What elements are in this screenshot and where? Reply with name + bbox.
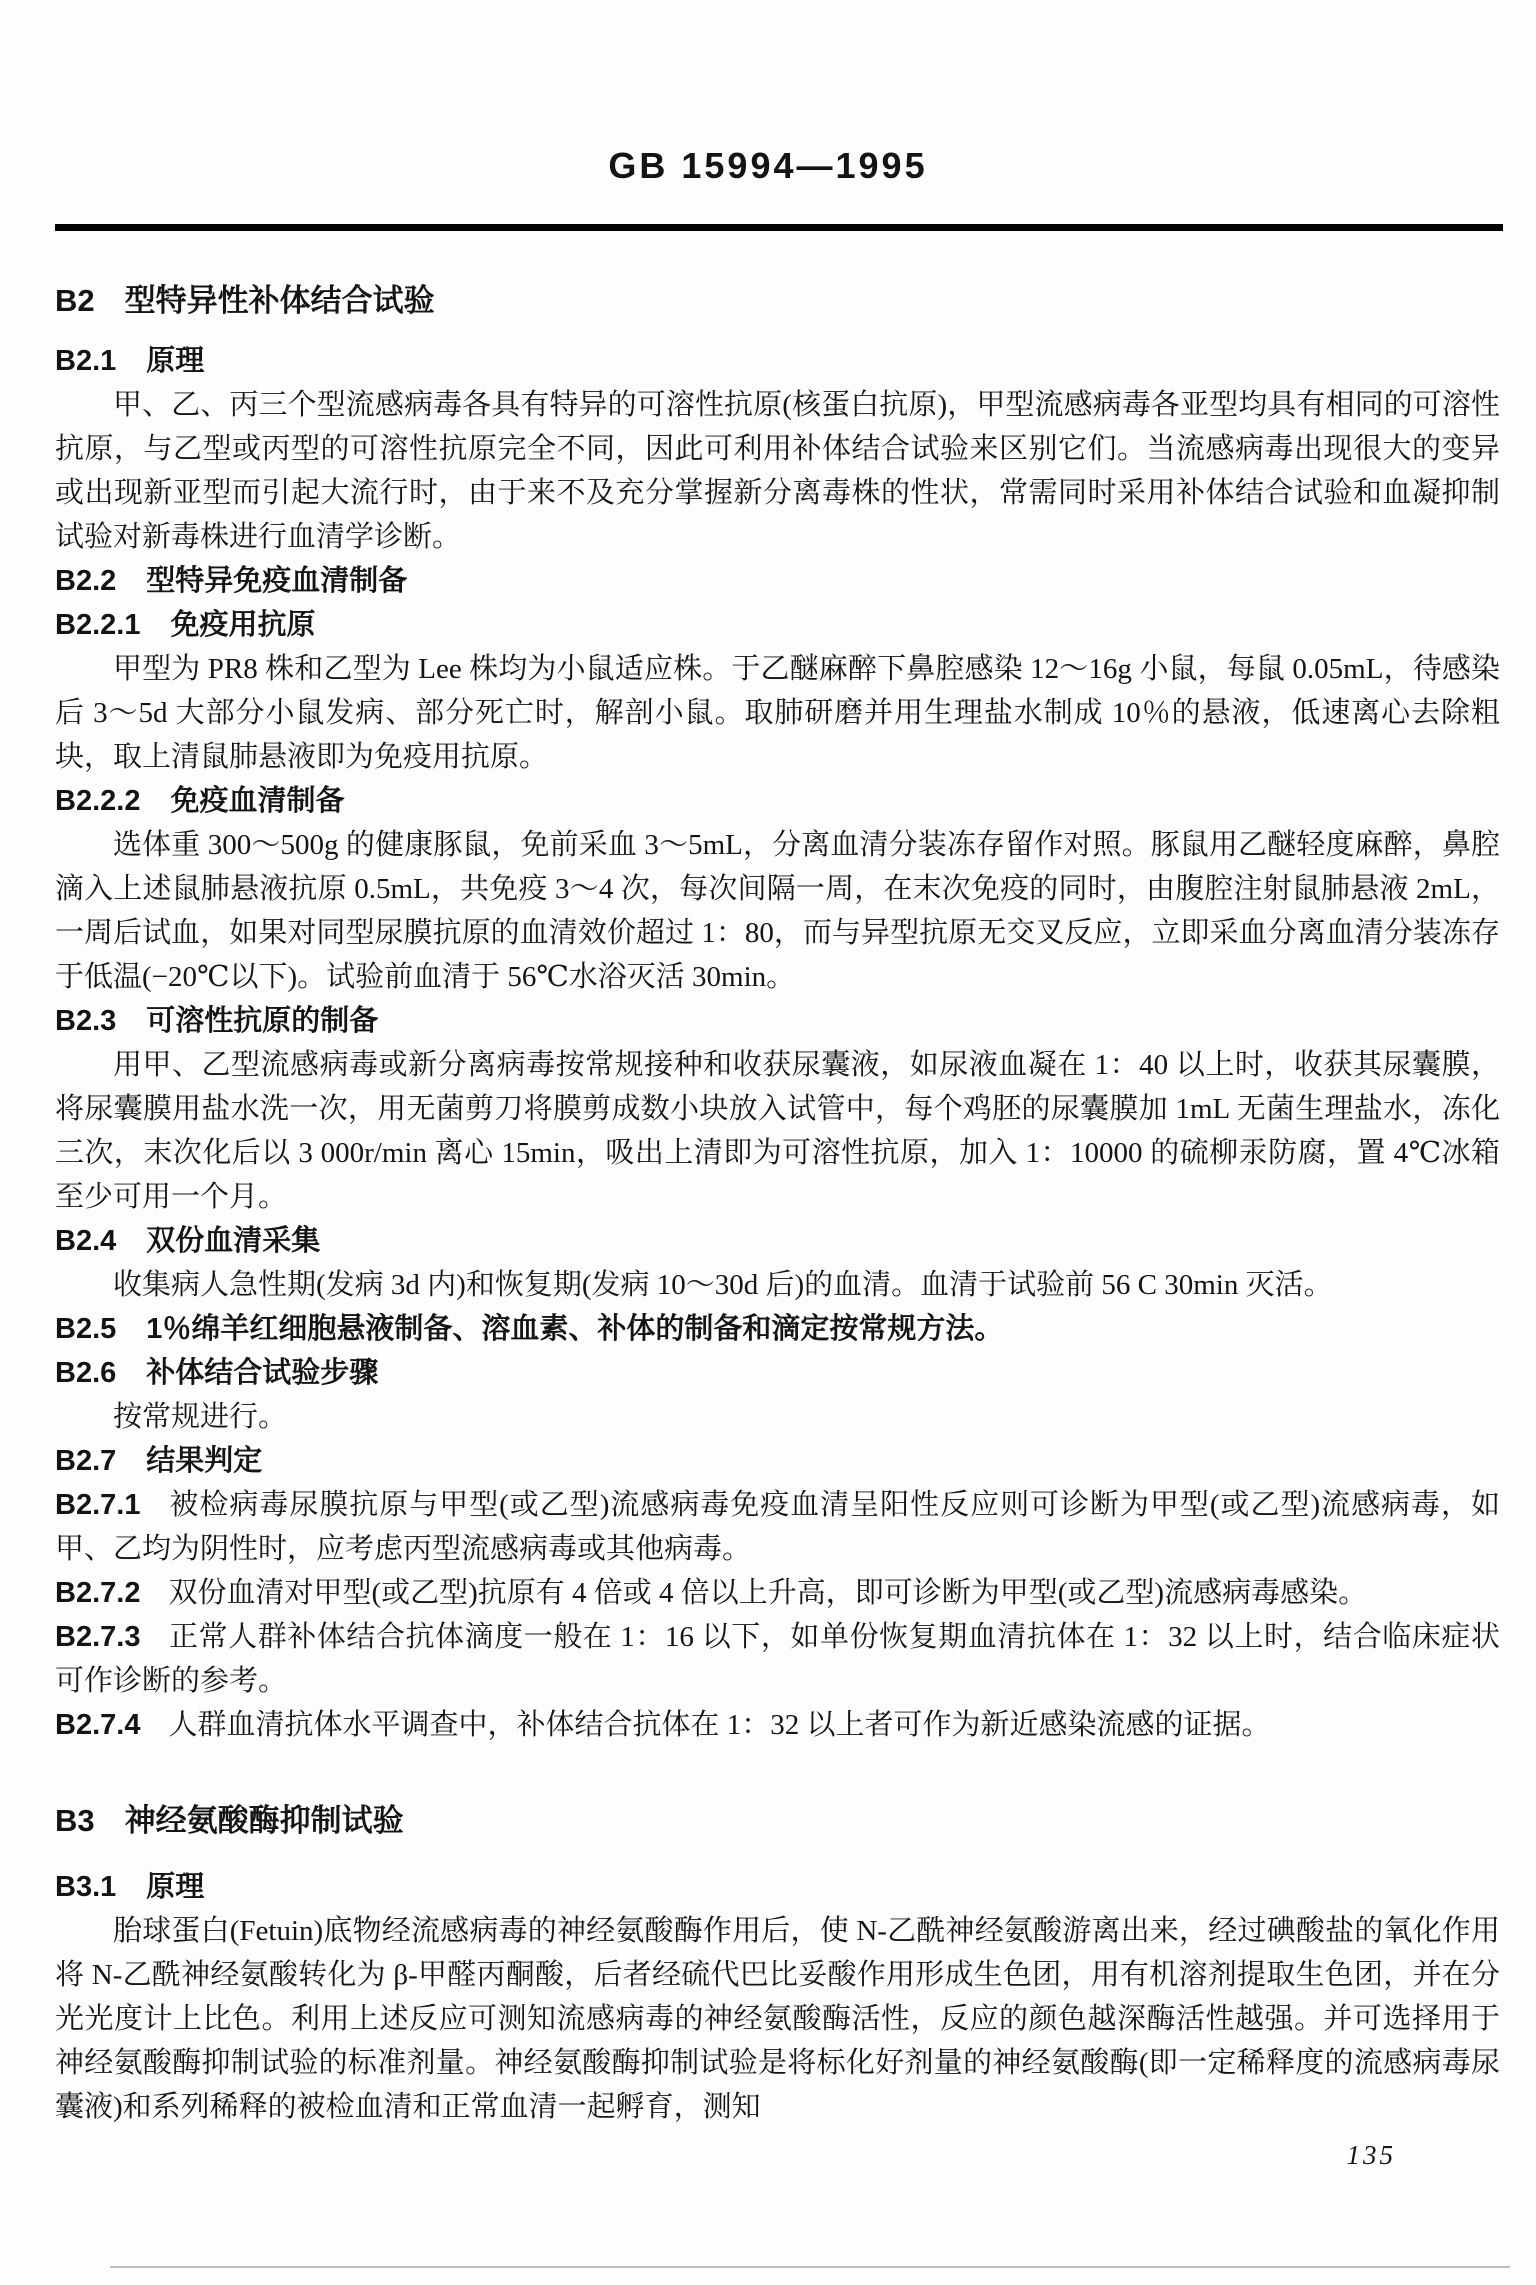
clause-heading-b2-2-1: B2.2.1免疫用抗原 — [55, 603, 1500, 647]
header-rule — [55, 224, 1503, 231]
clause-title: 双份血清采集 — [146, 1225, 320, 1257]
paragraph-b3-1: 胎球蛋白(Fetuin)底物经流感病毒的神经氨酸酶作用后，使 N-乙酰神经氨酸游… — [55, 1909, 1500, 2129]
clause-b2-7-4: B2.7.4人群血清抗体水平调查中，补体结合抗体在 1：32 以上者可作为新近感… — [55, 1703, 1500, 1747]
clause-number: B3 — [55, 1803, 125, 1838]
clause-title: 神经氨酸酶抑制试验 — [125, 1803, 404, 1838]
paragraph-b2-2-2: 选体重 300～500g 的健康豚鼠，免前采血 3～5mL，分离血清分装冻存留作… — [55, 823, 1500, 999]
clause-title: 原理 — [146, 345, 204, 377]
clause-text: 双份血清对甲型(或乙型)抗原有 4 倍或 4 倍以上升高，即可诊断为甲型(或乙型… — [168, 1577, 1367, 1609]
clause-heading-b2-1: B2.1原理 — [55, 339, 1500, 383]
clause-number: B2.6 — [55, 1357, 146, 1389]
paragraph-b2-1: 甲、乙、丙三个型流感病毒各具有特异的可溶性抗原(核蛋白抗原)，甲型流感病毒各亚型… — [55, 383, 1500, 559]
clause-number: B2.7.2 — [55, 1577, 168, 1609]
clause-number: B2.3 — [55, 1005, 146, 1037]
clause-number: B3.1 — [55, 1871, 146, 1903]
clause-title: 补体结合试验步骤 — [146, 1357, 378, 1389]
paragraph-b2-6: 按常规进行。 — [55, 1395, 1500, 1439]
clause-text: 正常人群补体结合抗体滴度一般在 1：16 以下，如单份恢复期血清抗体在 1：32… — [55, 1621, 1500, 1697]
clause-number: B2 — [55, 283, 125, 318]
clause-title: 结果判定 — [146, 1445, 262, 1477]
section-heading-b3: B3神经氨酸酶抑制试验 — [55, 1799, 1500, 1843]
bottom-rule — [110, 2266, 1510, 2268]
clause-number: B2.2.2 — [55, 785, 170, 817]
clause-text: 被检病毒尿膜抗原与甲型(或乙型)流感病毒免疫血清呈阳性反应则可诊断为甲型(或乙型… — [55, 1489, 1500, 1565]
clause-number: B2.1 — [55, 345, 146, 377]
clause-title: 免疫血清制备 — [170, 785, 344, 817]
clause-title: 免疫用抗原 — [170, 609, 315, 641]
clause-title: 原理 — [146, 1871, 204, 1903]
clause-number: B2.5 — [55, 1313, 146, 1345]
clause-b2-7-3: B2.7.3正常人群补体结合抗体滴度一般在 1：16 以下，如单份恢复期血清抗体… — [55, 1615, 1500, 1703]
clause-title: 型特异性补体结合试验 — [125, 283, 435, 318]
section-heading-b2: B2型特异性补体结合试验 — [55, 279, 1500, 323]
clause-heading-b2-2: B2.2型特异免疫血清制备 — [55, 559, 1500, 603]
clause-heading-b2-6: B2.6补体结合试验步骤 — [55, 1351, 1500, 1395]
clause-heading-b2-2-2: B2.2.2免疫血清制备 — [55, 779, 1500, 823]
clause-number: B2.2.1 — [55, 609, 170, 641]
paragraph-b2-2-1: 甲型为 PR8 株和乙型为 Lee 株均为小鼠适应株。于乙醚麻醉下鼻腔感染 12… — [55, 647, 1500, 779]
paragraph-b2-4: 收集病人急性期(发病 3d 内)和恢复期(发病 10～30d 后)的血清。血清于… — [55, 1263, 1500, 1307]
clause-title: 可溶性抗原的制备 — [146, 1005, 378, 1037]
document-content: B2型特异性补体结合试验 B2.1原理 甲、乙、丙三个型流感病毒各具有特异的可溶… — [55, 279, 1500, 2129]
clause-number: B2.7.3 — [55, 1621, 168, 1653]
clause-b2-7-1: B2.7.1被检病毒尿膜抗原与甲型(或乙型)流感病毒免疫血清呈阳性反应则可诊断为… — [55, 1483, 1500, 1571]
clause-number: B2.2 — [55, 565, 146, 597]
clause-text: 1％绵羊红细胞悬液制备、溶血素、补体的制备和滴定按常规方法。 — [146, 1313, 1003, 1345]
paragraph-b2-3: 用甲、乙型流感病毒或新分离病毒按常规接种和收获尿囊液，如尿液血凝在 1：40 以… — [55, 1043, 1500, 1219]
clause-number: B2.7 — [55, 1445, 146, 1477]
clause-b2-7-2: B2.7.2双份血清对甲型(或乙型)抗原有 4 倍或 4 倍以上升高，即可诊断为… — [55, 1571, 1500, 1615]
document-page: GB 15994—1995 B2型特异性补体结合试验 B2.1原理 甲、乙、丙三… — [0, 0, 1536, 2285]
clause-heading-b2-4: B2.4双份血清采集 — [55, 1219, 1500, 1263]
clause-title: 型特异免疫血清制备 — [146, 565, 407, 597]
page-number: 135 — [1347, 2140, 1397, 2171]
clause-heading-b2-7: B2.7结果判定 — [55, 1439, 1500, 1483]
clause-number: B2.7.1 — [55, 1489, 168, 1521]
standard-number: GB 15994—1995 — [0, 0, 1536, 186]
clause-heading-b3-1: B3.1原理 — [55, 1865, 1500, 1909]
clause-b2-5: B2.51％绵羊红细胞悬液制备、溶血素、补体的制备和滴定按常规方法。 — [55, 1307, 1500, 1351]
clause-number: B2.4 — [55, 1225, 146, 1257]
clause-heading-b2-3: B2.3可溶性抗原的制备 — [55, 999, 1500, 1043]
clause-text: 人群血清抗体水平调查中，补体结合抗体在 1：32 以上者可作为新近感染流感的证据… — [168, 1709, 1270, 1741]
clause-number: B2.7.4 — [55, 1709, 168, 1741]
